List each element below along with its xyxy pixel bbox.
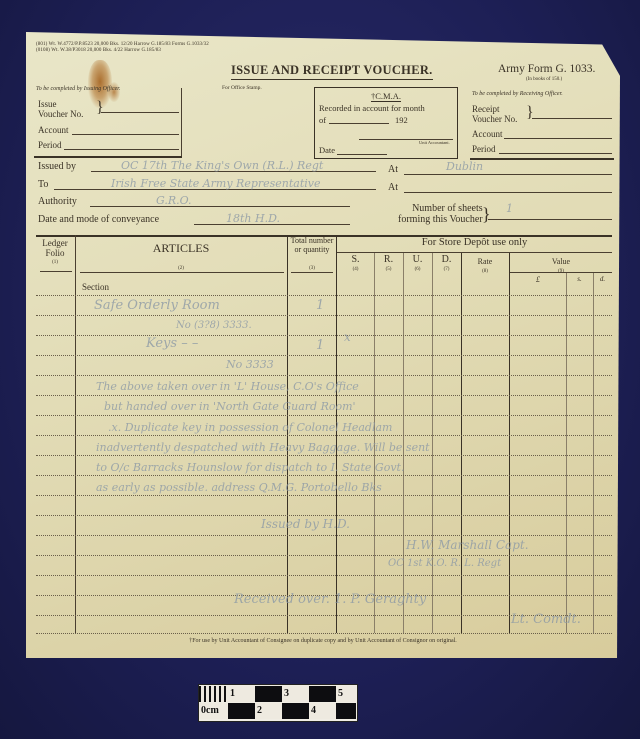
table-row: No 3333 [226, 358, 274, 371]
scale-mm-ticks [199, 686, 228, 702]
sheets-label: Number of sheets forming this Voucher [398, 203, 483, 225]
received-geraghty: Received over. 1. P. Geraghty [234, 592, 426, 607]
issue-period-label: Period [38, 140, 62, 150]
at-label-1: At [388, 164, 398, 175]
col-r: R.(5) [374, 255, 403, 275]
col-articles: ARTICLES [76, 241, 286, 256]
table-row: Keys – – [146, 336, 198, 351]
receiving-officer-note: To be completed by Receiving Officer. [472, 91, 563, 97]
receipt-voucher-field[interactable] [532, 118, 612, 119]
receipt-period-field[interactable] [499, 153, 612, 154]
to-label: To [38, 179, 48, 190]
receipt-account-field[interactable] [504, 138, 612, 139]
table-row: The above taken over in 'L' House, C.O's… [96, 380, 359, 393]
cma-month-field[interactable] [329, 123, 389, 124]
authority-field[interactable] [90, 206, 350, 207]
receipt-account-label: Account [472, 129, 503, 139]
col-d: D.(7) [432, 255, 461, 275]
table-row: but handed over in 'North Gate Guard Roo… [104, 400, 356, 413]
print-code-2: (0108) Wt. W.38/P3018 20,000 Bks. 4/22 H… [36, 48, 161, 54]
at-field-2[interactable] [404, 192, 612, 193]
signature-marshall: H.W. Marshall Capt. [406, 538, 529, 552]
receipt-voucher-label: Receipt Voucher No. [472, 104, 517, 124]
col-ledger-folio: Ledger Folio (1) [36, 238, 74, 268]
document-title: ISSUE AND RECEIPT VOUCHER. [231, 63, 433, 80]
issue-account-field[interactable] [72, 134, 179, 135]
cma-year: 192 [395, 115, 408, 125]
issue-account-label: Account [38, 125, 69, 135]
row-qty: 1 [316, 338, 324, 353]
at-handwritten-1: Dublin [446, 160, 483, 173]
brace: } [96, 99, 104, 117]
issuing-officer-note: To be completed by Issuing Officer. [36, 86, 120, 92]
issue-period-field[interactable] [64, 149, 179, 150]
at-field-1[interactable] [404, 174, 612, 175]
signature-oc: OC 1st K.O. R. L. Regt [388, 558, 501, 569]
authority-label: Authority [38, 196, 77, 207]
voucher-document: (801) Wt. W.4772/P.P.8523 20,000 Bks. 12… [26, 32, 620, 658]
cma-date-field[interactable] [337, 154, 387, 155]
col-total-quantity: Total number or quantity [288, 236, 336, 254]
issue-voucher-label: Issue Voucher No. [38, 99, 83, 119]
col-rate: Rate(8) [461, 257, 509, 277]
office-stamp-label: For Office Stamp. [222, 85, 262, 91]
table-row: Safe Orderly Room [94, 298, 220, 313]
row-mark: x [344, 330, 351, 344]
issue-voucher-field[interactable] [101, 112, 179, 113]
table-row: inadvertently despatched with Heavy Bagg… [96, 441, 430, 454]
store-depot-header: For Store Depôt use only [337, 237, 612, 248]
table-row: .x. Duplicate key in possession of Colon… [108, 421, 392, 434]
cma-date: Date [319, 145, 335, 155]
col-shillings: s. [566, 275, 593, 283]
cma-unit-accountant: Unit Accountant. [419, 140, 450, 145]
army-form-note: (In books of 150.) [526, 77, 562, 82]
table-row: to O/c Barracks Hounslow for dispatch to… [96, 461, 404, 474]
footnote: †For use by Unit Accountant of Consignee… [26, 638, 620, 644]
sheets-handwritten: 1 [506, 202, 513, 215]
table-row: No (3?8) 3333. [176, 320, 252, 331]
issued-by-label: Issued by [38, 161, 76, 172]
col-pence: d. [593, 275, 612, 283]
cma-recorded: Recorded in account for month [319, 103, 425, 113]
authority-handwritten: G.R.O. [156, 194, 192, 207]
col-u: U.(6) [403, 255, 432, 275]
table-row: as early as possible. address Q.M.G. Por… [96, 481, 382, 494]
date-mode-label: Date and mode of conveyance [38, 214, 159, 225]
sheets-field[interactable] [488, 219, 612, 220]
col-value: Value(9) [510, 257, 612, 277]
to-handwritten: Irish Free State Army Representative [111, 177, 321, 190]
table-row: Issued by H.D. [261, 517, 350, 531]
col-s: S.(4) [337, 255, 374, 275]
signature-comdt: Lt. Comdt. [511, 612, 581, 627]
col-pounds: £ [510, 275, 566, 284]
rust-stain-small [108, 82, 120, 102]
brace: } [482, 204, 491, 224]
issued-by-handwritten: OC 17th The King's Own (R.L.) Regt [121, 159, 323, 172]
date-mode-handwritten: 18th H.D. [226, 212, 280, 225]
section-label: Section [82, 282, 109, 292]
at-label-2: At [388, 182, 398, 193]
scale-bar: 1 3 5 0cm 2 4 [198, 684, 358, 722]
cma-of: of [319, 115, 326, 125]
cma-box: †C.M.A. Recorded in account for month of… [314, 87, 458, 159]
army-form-number: Army Form G. 1033. [498, 63, 595, 75]
cma-title: †C.M.A. [371, 91, 401, 102]
brace: } [526, 104, 534, 122]
row-qty: 1 [316, 298, 324, 313]
receipt-period-label: Period [472, 144, 496, 154]
